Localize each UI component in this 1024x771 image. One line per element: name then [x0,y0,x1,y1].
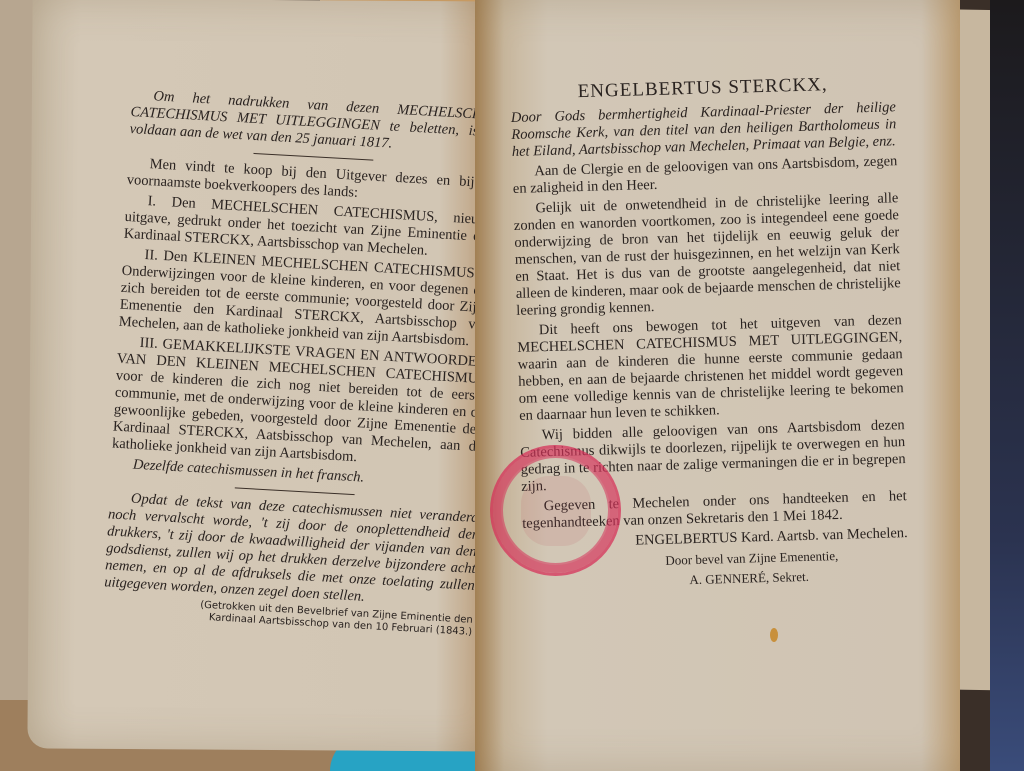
item-number: III. [139,335,158,352]
item-number: II. [144,247,158,264]
item-text: Den KLEINEN MECHELSCHEN CATECHISMUS of O… [118,248,492,349]
catalog-item-2: II. Den KLEINEN MECHELSCHEN CATECHISMUS … [118,246,492,352]
copyright-notice: Om het nadrukken van dezen MECHELSCHEN C… [129,87,501,159]
red-seal-stamp [490,445,621,576]
item-number: I. [147,193,156,209]
decree-text: Opdat de tekst van deze catechismussen n… [104,489,479,611]
paper-stain [770,628,778,642]
cardinal-styling: Door Gods bermhertigheid Kardinaal-Pries… [511,99,897,161]
left-page-text: Om het nadrukken van dezen MECHELSCHEN C… [102,87,501,639]
left-page: Om het nadrukken van dezen MECHELSCHEN C… [27,0,512,752]
right-page: ENGELBERTUS STERCKX, Door Gods bermherti… [475,0,960,771]
background-right [990,0,1024,771]
divider [235,487,355,495]
paragraph-1: Gelijk uit de onwetendheid in de christe… [513,190,901,320]
divider [253,153,373,161]
item-text: GEMAKKELIJKSTE VRAGEN EN ANTWOORDEN VAN … [112,336,488,465]
catalog-item-3: III. GEMAKKELIJKSTE VRAGEN EN ANTWOORDEN… [112,334,488,473]
seal-emblem [521,476,591,546]
page-title: ENGELBERTUS STERCKX, [510,74,895,102]
paragraph-2: Dit heeft ons bewogen tot het uitgeven v… [517,312,905,425]
